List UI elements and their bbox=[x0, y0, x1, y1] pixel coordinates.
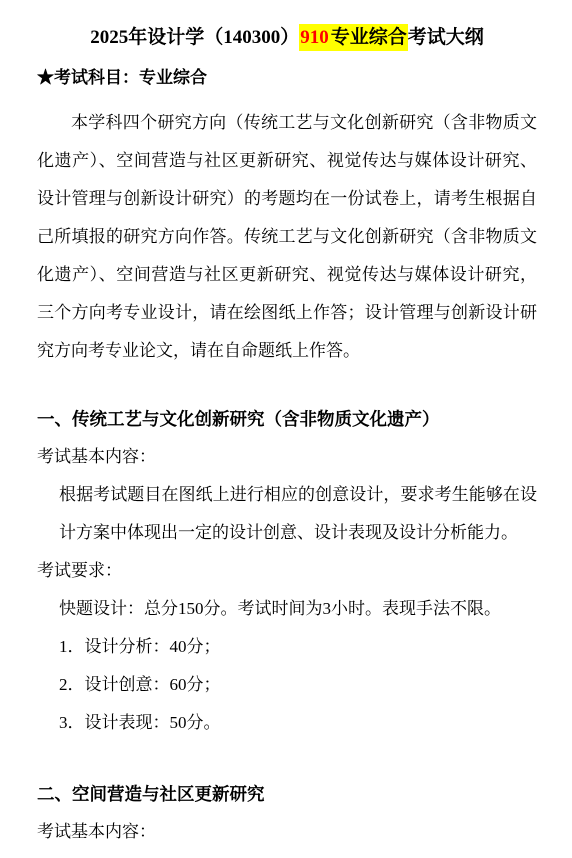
section-2-content-label: 考试基本内容： bbox=[37, 813, 537, 851]
title-suffix: 考试大纲 bbox=[408, 27, 484, 48]
section-1-content-label: 考试基本内容： bbox=[37, 438, 537, 476]
score-item-design-analysis: 1．设计分析：40分； bbox=[37, 628, 537, 666]
page-title: 2025年设计学（140300）910专业综合考试大纲 bbox=[37, 18, 537, 58]
title-course-name-highlight: 专业综合 bbox=[330, 24, 408, 51]
exam-syllabus-page: 2025年设计学（140300）910专业综合考试大纲 ★考试科目：专业综合 本… bbox=[0, 0, 572, 858]
title-prefix: 2025年设计学（140300） bbox=[90, 27, 299, 48]
score-item-design-creativity: 2．设计创意：60分； bbox=[37, 666, 537, 704]
section-1-content-text: 根据考试题目在图纸上进行相应的创意设计，要求考生能够在设计方案中体现出一定的设计… bbox=[37, 476, 537, 552]
section-1-heading: 一、传统工艺与文化创新研究（含非物质文化遗产） bbox=[37, 400, 537, 438]
title-course-code-highlight: 910 bbox=[299, 24, 330, 51]
section-2-heading: 二、空间营造与社区更新研究 bbox=[37, 775, 537, 813]
section-1-requirements-summary: 快题设计：总分150分。考试时间为3小时。表现手法不限。 bbox=[37, 590, 537, 628]
score-item-design-expression: 3．设计表现：50分。 bbox=[37, 704, 537, 742]
intro-paragraph: 本学科四个研究方向（传统工艺与文化创新研究（含非物质文化遗产）、空间营造与社区更… bbox=[37, 104, 537, 370]
section-1-requirements-label: 考试要求： bbox=[37, 552, 537, 590]
subject-line: ★考试科目：专业综合 bbox=[37, 58, 537, 98]
